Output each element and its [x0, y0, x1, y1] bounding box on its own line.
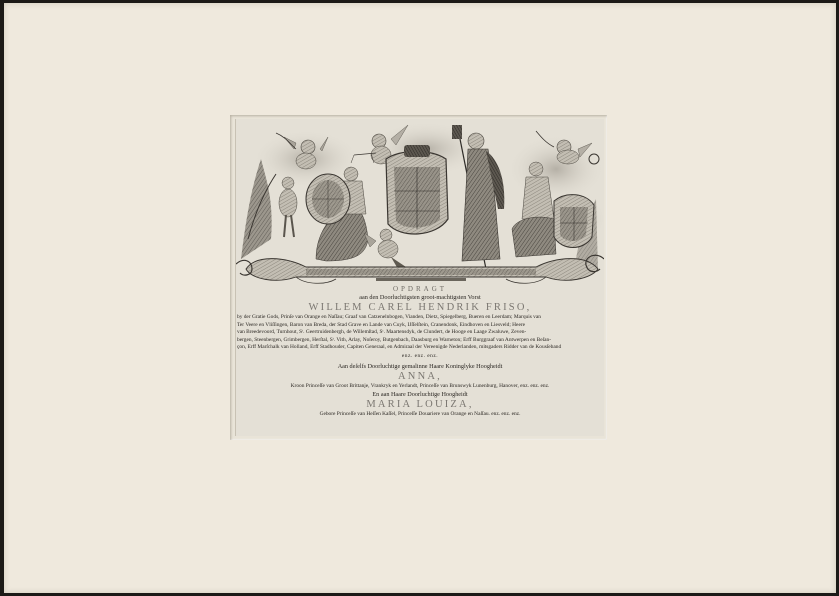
daughter-line: En aan Haare Doorluchtige Hoogheidt — [236, 391, 604, 399]
dedication-heading: OPDRAGT — [236, 285, 604, 294]
seated-woman-with-shield — [306, 167, 368, 261]
right-coat-of-arms — [554, 195, 594, 248]
titles-line: by der Gratie Gods, Prinſe van Orange en… — [236, 314, 604, 322]
rocaille-cartouche-base — [236, 255, 604, 283]
maria-louiza-titles: Gebore Princeſſe van Heſſen Kaſſel, Prin… — [236, 411, 604, 419]
cherub-on-base — [364, 229, 406, 269]
etc-line: enz. enz. enz. — [236, 352, 604, 360]
dedication-text: OPDRAGT aan den Doorluchtigsten groot-ma… — [236, 285, 604, 418]
central-coat-of-arms — [386, 145, 448, 234]
dedicatee-name-willem: WILLEM CAREL HENDRIK FRISO, — [236, 302, 604, 314]
dedication-line: aan den Doorluchtigsten groot-machtigste… — [236, 294, 604, 302]
dedicatee-name-anna: ANNA, — [236, 371, 604, 383]
consort-line: Aan deſelfs Doorluchtige gemalinne Haare… — [236, 363, 604, 371]
titles-line: çon, Erff Marſchalk van Holland, Erff St… — [236, 344, 604, 352]
titles-line: van Breedevoord, Turnhout, Sᵗ. Geertruid… — [236, 329, 604, 337]
dedicatee-name-maria-louiza: MARIA LOUIZA, — [236, 399, 604, 411]
engraved-vignette — [236, 119, 604, 287]
anna-titles: Kroon Princeſſe van Groot Brittanje, Vra… — [236, 383, 604, 391]
print-sheet: OPDRAGT aan den Doorluchtigsten groot-ma… — [235, 119, 604, 436]
